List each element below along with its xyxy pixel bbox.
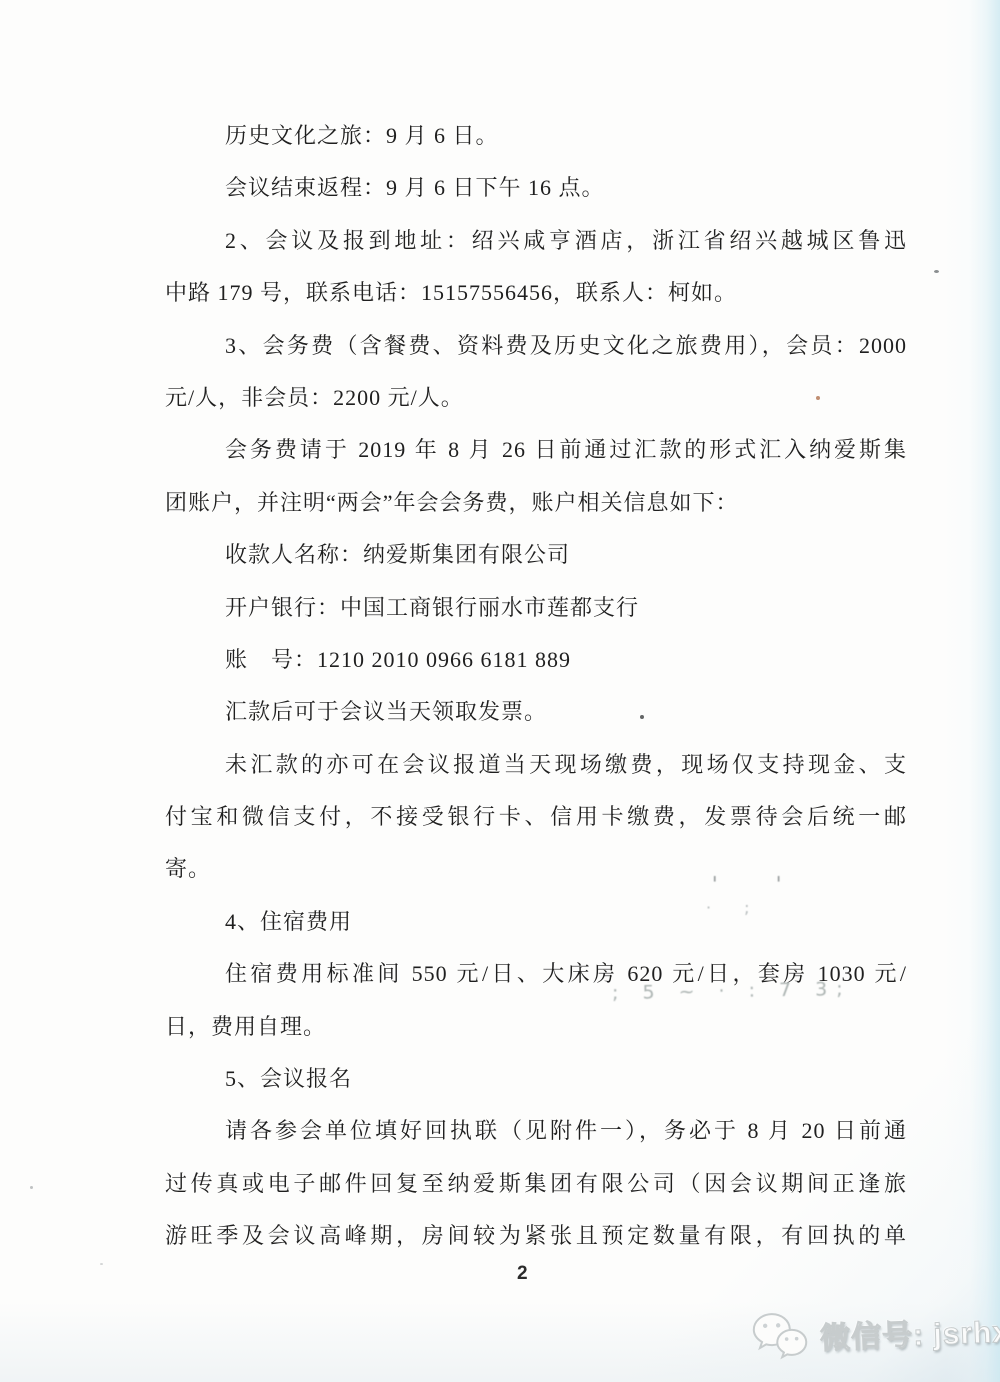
text-line: 团账户，并注明“两会”年会会务费，账户相关信息如下：	[165, 477, 907, 529]
scan-speck	[100, 1263, 103, 1265]
scan-speck	[816, 396, 820, 400]
text-line: 2、会议及报到地址：绍兴咸亨酒店，浙江省绍兴越城区鲁迅	[165, 215, 907, 267]
text-line: 元/人，非会员：2200 元/人。	[165, 372, 907, 424]
text-line: 会议结束返程：9 月 6 日下午 16 点。	[165, 162, 907, 214]
wechat-watermark-label: 微信号: jsrhxh	[819, 1306, 1000, 1357]
text-line: 中路 179 号，联系电话：15157556456，联系人：柯如。	[165, 267, 907, 319]
text-line: 账 号：1210 2010 0966 6181 889	[165, 634, 907, 686]
text-line: 历史文化之旅：9 月 6 日。	[165, 110, 907, 162]
page-number: 2	[517, 1263, 528, 1285]
text-line: 付宝和微信支付，不接受银行卡、信用卡缴费，发票待会后统一邮	[165, 791, 907, 843]
text-line: 过传真或电子邮件回复至纳爱斯集团有限公司（因会议期间正逢旅	[165, 1158, 907, 1210]
text-line: 游旺季及会议高峰期，房间较为紧张且预定数量有限，有回执的单	[165, 1210, 907, 1262]
wechat-watermark: 微信号: jsrhxh	[747, 1301, 1000, 1365]
text-line: 请各参会单位填好回执联（见附件一），务必于 8 月 20 日前通	[165, 1105, 907, 1157]
text-line: 寄。	[165, 843, 907, 895]
text-line: 会务费请于 2019 年 8 月 26 日前通过汇款的形式汇入纳爱斯集	[165, 424, 907, 476]
wechat-icon	[747, 1309, 813, 1365]
text-line: 开户银行：中国工商银行丽水市莲都支行	[165, 582, 907, 634]
text-line: 住宿费用标准间 550 元/日、大床房 620 元/日，套房 1030 元/	[165, 948, 907, 1000]
scan-speck	[30, 1186, 33, 1189]
text-line: 3、会务费（含餐费、资料费及历史文化之旅费用），会员：2000	[165, 320, 907, 372]
text-line: 收款人名称：纳爱斯集团有限公司	[165, 529, 907, 581]
text-line: 汇款后可于会议当天领取发票。	[165, 686, 907, 738]
document-body: 历史文化之旅：9 月 6 日。会议结束返程：9 月 6 日下午 16 点。2、会…	[165, 110, 907, 1263]
text-line: 4、住宿费用	[165, 896, 907, 948]
scan-speck	[640, 715, 644, 719]
scan-speck	[934, 270, 939, 273]
text-line: 未汇款的亦可在会议报道当天现场缴费，现场仅支持现金、支	[165, 739, 907, 791]
text-line: 日，费用自理。	[165, 1001, 907, 1053]
text-line: 5、会议报名	[165, 1053, 907, 1105]
scanned-document-page: 历史文化之旅：9 月 6 日。会议结束返程：9 月 6 日下午 16 点。2、会…	[0, 0, 1000, 1382]
